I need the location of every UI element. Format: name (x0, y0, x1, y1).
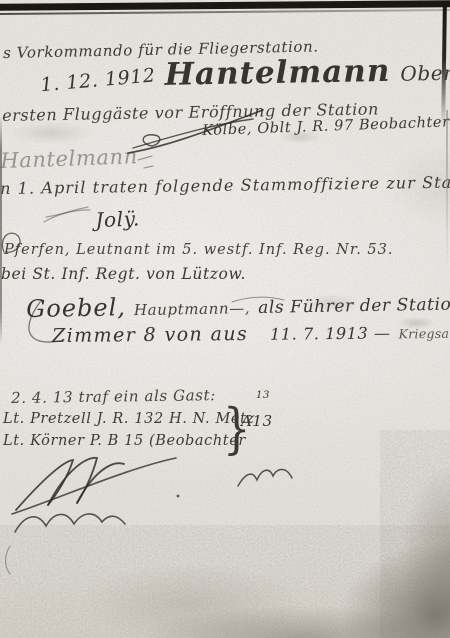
entry-date: 1. 12. 1912 (40, 65, 166, 97)
handwritten-line-pferfen: Pferfen, Leutnant im 5. westf. Inf. Reg.… (4, 243, 393, 259)
handwritten-line-joly: Jolÿ. (95, 207, 140, 231)
handwritten-unit-a13: A13 (241, 413, 273, 430)
goebel-role: als Führer der Station (250, 295, 450, 317)
handwritten-line-gast: 2. 4. 13 traf ein als Gast: (11, 387, 216, 406)
zimmer-date: 11. 7. 1913 — (248, 324, 391, 343)
handwritten-line-koerner: Lt. Körner P. B 15 (Beobachter (3, 434, 246, 450)
entry-name-hantelmann: Hantelmann (164, 54, 390, 92)
handwritten-line-hantelmann-faint: Hantelmann (0, 145, 138, 173)
handwritten-line-pretzell: Lt. Pretzell J. R. 132 H. N. Metz (3, 412, 255, 428)
goebel-rank: Hauptmann—, (126, 300, 250, 319)
entry-rank: Oberleutnant (390, 60, 450, 85)
zimmer-kriegsausbruch: Kriegsausbruch. (391, 326, 450, 341)
handwritten-line-zimmer: Zimmer 8 von aus 11. 7. 1913 — Kriegsaus… (52, 321, 450, 347)
handwritten-unit-superscript: 13 (256, 390, 270, 401)
scanned-document-page: s Vorkommando für die Fliegerstation. 1.… (0, 0, 450, 638)
goebel-name: Goebel, (26, 294, 126, 322)
zimmer-text: Zimmer 8 von aus (52, 324, 248, 347)
handwritten-line-luetzow: bei St. Inf. Regt. von Lützow. (1, 266, 246, 283)
